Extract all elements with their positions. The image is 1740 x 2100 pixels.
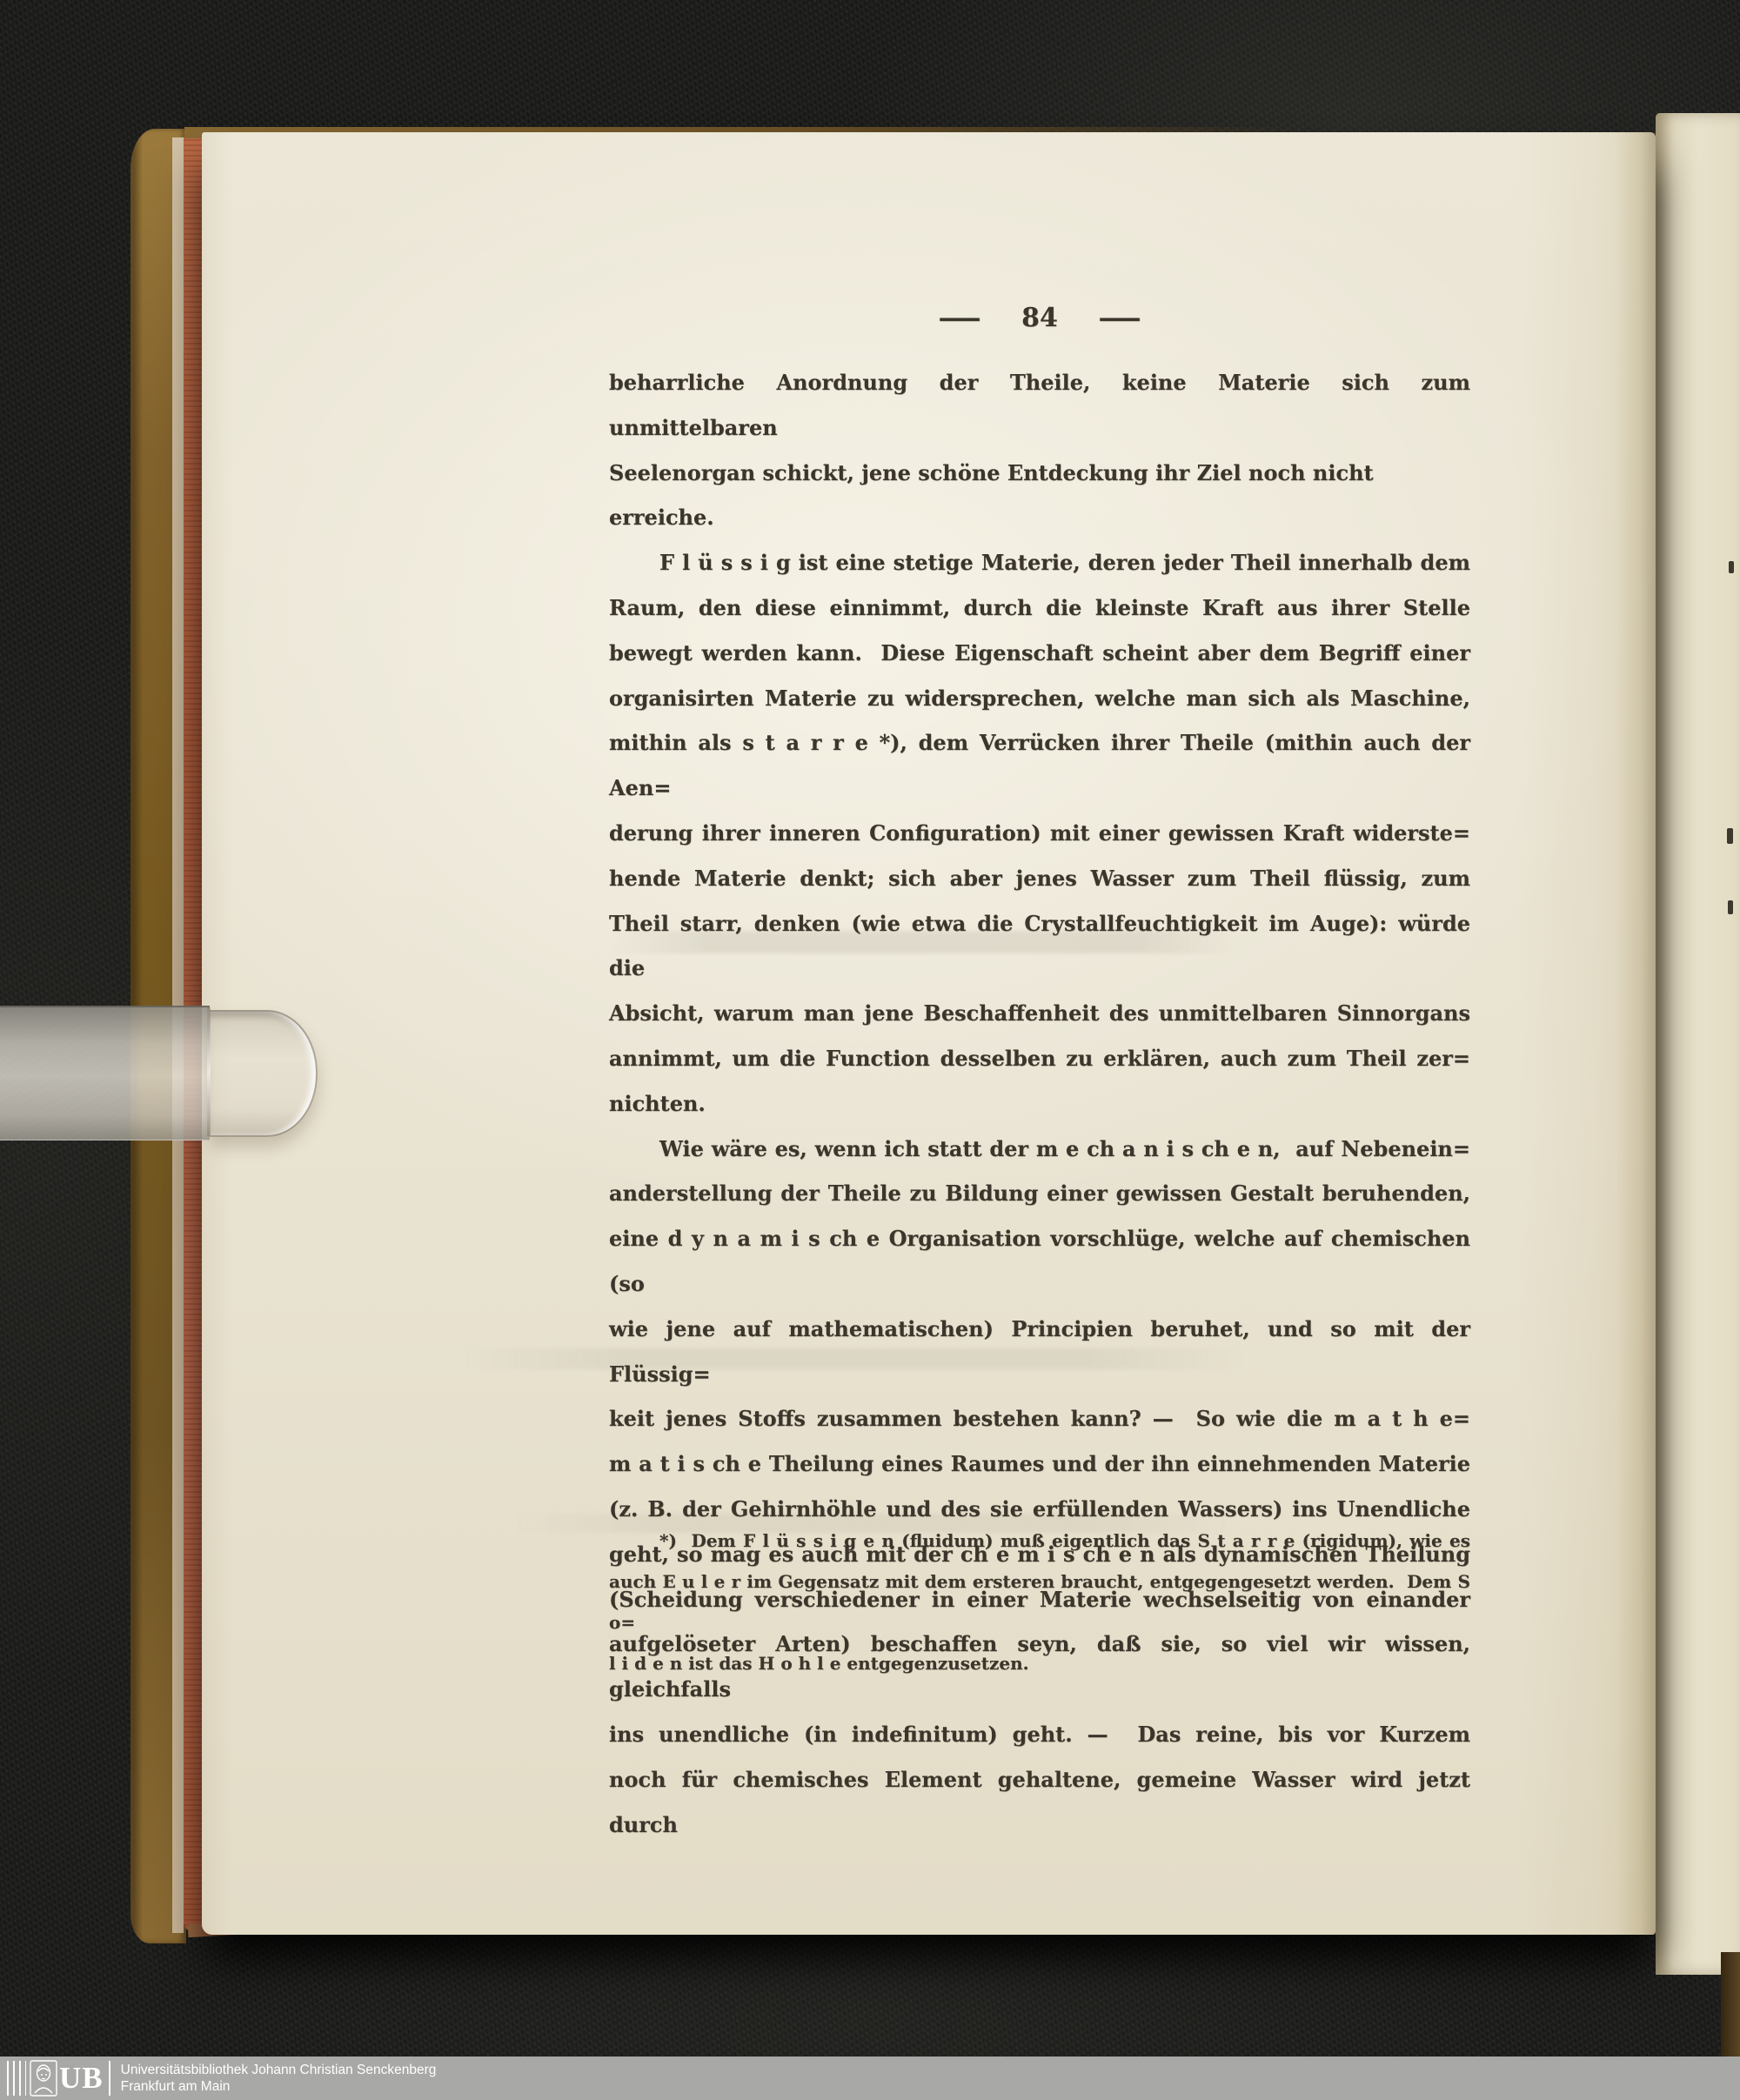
text-line: wie jene auf mathematischen) Principien … xyxy=(609,1307,1470,1397)
text-line: mithin als s t a r r e *), dem Verrücken… xyxy=(609,720,1470,811)
facing-page-print-speck xyxy=(1727,828,1733,844)
glass-weight-frosted-section xyxy=(0,1006,210,1140)
text-line: ins unendliche (in indefinitum) geht. — … xyxy=(609,1712,1470,1757)
facing-page-print-speck xyxy=(1728,900,1733,914)
right-cover-edge xyxy=(1721,1952,1740,2058)
scanned-book-page: — 84 — beharrliche Anordnung der Theile,… xyxy=(202,132,1656,1935)
text-line: Seelenorgan schickt, jene schöne Entdeck… xyxy=(609,451,1470,541)
facing-page-print-speck xyxy=(1729,561,1734,573)
text-line: F l ü s s i g ist eine stetige Materie, … xyxy=(609,540,1470,585)
text-line: keit jenes Stoffs zusammen bestehen kann… xyxy=(609,1396,1470,1441)
library-identification: Universitätsbibliothek Johann Christian … xyxy=(121,2062,437,2095)
footnote-block: *) Dem F l ü s s i g e n (fluidum) muß e… xyxy=(609,1521,1470,1684)
library-banner: UB Universitätsbibliothek Johann Christi… xyxy=(0,2057,1740,2100)
senckenberg-portrait-icon xyxy=(30,2060,57,2097)
text-column: — 84 — beharrliche Anordnung der Theile,… xyxy=(609,132,1470,1935)
gutter-shadow xyxy=(1616,132,1656,1935)
facing-page-sliver xyxy=(1656,113,1740,1975)
book-spines-icon xyxy=(7,2061,26,2096)
text-line: nichten. xyxy=(609,1081,1470,1127)
footnote-line: *) Dem F l ü s s i g e n (fluidum) muß e… xyxy=(609,1521,1470,1562)
glass-page-weight[interactable] xyxy=(0,1006,318,1138)
glass-weight-rounded-tip xyxy=(210,1010,318,1137)
footnote-line: auch E u l e r im Gegensatz mit dem erst… xyxy=(609,1562,1470,1643)
header-dash-right: — xyxy=(1097,303,1141,333)
ub-logo: UB xyxy=(7,2060,121,2097)
text-line: hende Materie denkt; sich aber jenes Was… xyxy=(609,856,1470,901)
text-line: m a t i s ch e Theilung eines Raumes und… xyxy=(609,1441,1470,1487)
text-line: derung ihrer inneren Configuration) mit … xyxy=(609,811,1470,856)
text-line: Theil starr, denken (wie etwa die Crysta… xyxy=(609,901,1470,992)
glass-weight-seam-highlight xyxy=(207,1007,211,1136)
text-line: organisirten Materie zu widersprechen, w… xyxy=(609,676,1470,721)
text-line: anderstellung der Theile zu Bildung eine… xyxy=(609,1171,1470,1216)
logo-separator xyxy=(109,2061,110,2096)
page-header: — 84 — xyxy=(609,303,1470,333)
text-line: noch für chemisches Element gehaltene, g… xyxy=(609,1757,1470,1848)
text-line: Wie wäre es, wenn ich statt der m e ch a… xyxy=(609,1127,1470,1172)
ub-logo-text: UB xyxy=(59,2061,104,2096)
text-line: beharrliche Anordnung der Theile, keine … xyxy=(609,360,1470,451)
header-dash-left: — xyxy=(938,303,982,333)
text-line: annimmt, um die Function desselben zu er… xyxy=(609,1036,1470,1081)
text-line: Absicht, warum man jene Beschaffenheit d… xyxy=(609,991,1470,1036)
page-number: 84 xyxy=(1021,303,1058,333)
library-name: Universitätsbibliothek Johann Christian … xyxy=(121,2062,437,2078)
library-location: Frankfurt am Main xyxy=(121,2078,437,2095)
footnote-line: l i d e n ist das H o h l e entgegenzuse… xyxy=(609,1643,1470,1684)
text-line: Raum, den diese einnimmt, durch die klei… xyxy=(609,585,1470,631)
text-line: bewegt werden kann. Diese Eigenschaft sc… xyxy=(609,631,1470,676)
text-line: eine d y n a m i s ch e Organisation vor… xyxy=(609,1216,1470,1307)
